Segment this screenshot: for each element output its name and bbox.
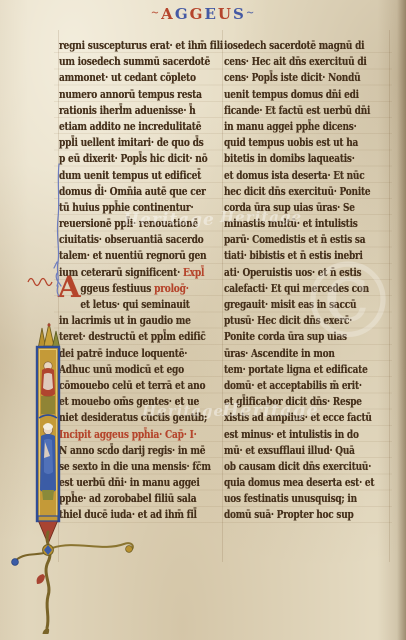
text-line: ium ceterarū significent· Expl̄ (59, 264, 214, 280)
text-line: quia domus mea deserta est· et (224, 474, 388, 490)
column-right: iosedech sacerdotē magnū dicens· Hec ait… (224, 37, 388, 523)
text-line: N anno scd̄o darij regis· in mē (59, 442, 214, 458)
text-line: domū· et acceptabilis m̄ erit· (224, 377, 388, 393)
text-line: uos festinatis unusquisq; in (224, 490, 388, 506)
text-line: ptusū· Hec dicit dn̄s exerc̄· (224, 312, 388, 328)
text-line: xistis ad amplius· et ecce factū (224, 409, 388, 425)
text-line: in lacrimis ut in gaudio me (59, 312, 214, 328)
text-line: ūras· Ascendite in mon (224, 345, 388, 361)
text-line: ammonet· ut cedant cōpleto (59, 69, 214, 85)
text-line: ppl̄i uellent imitari· de quo d̄s (59, 134, 214, 150)
text-line: corda ūra sup uias ūras· Se (224, 199, 388, 215)
column-left: regni suscepturus erat· et ihm̄ filium i… (59, 37, 214, 523)
text-line: dum uenit tempus ut edificet̄ (59, 167, 214, 183)
text-line: etiam addito ne incredulitatē (59, 118, 214, 134)
text-line: ggeus festiuus proloḡ· (59, 280, 214, 296)
initial-tail-flourish (10, 530, 142, 634)
text-line: et mouebo om̄s gentes· et ue (59, 393, 214, 409)
text-line: cens· Hec ait dn̄s exercituū di (224, 53, 388, 69)
title-letter: G (190, 6, 204, 22)
text-line: um iosedech summū sacerdotē (59, 53, 214, 69)
text-line: niet desideratus cūctis gentib; (59, 409, 214, 425)
title-letter: ~ (246, 6, 255, 22)
text-line: tiati· bibistis et n̄ estis inebri (224, 247, 388, 263)
title-letter: S (233, 6, 245, 22)
text-line: est minus· et intulistis in do (224, 426, 388, 442)
text-line: calefacti· Et qui mercedes con (224, 280, 388, 296)
text-line: Adhuc unū modicū et ego (59, 361, 214, 377)
text-line: cens· Popl̄s iste dicit· Nondū (224, 69, 388, 85)
text-line: domū suā· Propter hoc sup (224, 506, 388, 522)
text-line: tū huius pph̄ie continentur· (59, 199, 214, 215)
text-line: ob causam dicit dn̄s exercituū· (224, 458, 388, 474)
manuscript-page: ~AGGEUS~ regni suscepturus erat· et ihm̄… (0, 0, 406, 640)
historiated-initial (32, 322, 64, 552)
text-line: uenit tempus domus dn̄i edi (224, 86, 388, 102)
text-line: bitetis in domibs laqueatis· (224, 150, 388, 166)
text-line: tem· portate ligna et edificate (224, 361, 388, 377)
ruling-vertical-right (389, 30, 390, 562)
text-line: thiel ducē iuda· et ad ihm̄ fil̄ (59, 506, 214, 522)
text-line: ati· Operuistis uos· et n̄ estis (224, 264, 388, 280)
text-line: p eū dixerit· Popl̄s hic dicit· nō (59, 150, 214, 166)
text-line: rationis iherl̄m aduenisse· h̄ (59, 102, 214, 118)
page-edge-shadow (397, 0, 406, 640)
text-line: Incipit aggeus pph̄ia· Cap̄· I· (59, 426, 214, 442)
text-line: ficande· Et factū est uerbū dn̄i (224, 102, 388, 118)
title-letter: E (204, 6, 216, 22)
text-line: pph̄e· ad zorobabel filiū sala (59, 490, 214, 506)
text-line: reuersionē ppl̄i· renouationē (59, 215, 214, 231)
text-line: in manu aggei pph̄e dicens· (224, 118, 388, 134)
text-line: regni suscepturus erat· et ihm̄ fili (59, 37, 214, 53)
ruling-vertical-middle (222, 30, 223, 562)
text-line: et letus· qui seminauit (59, 296, 214, 312)
running-title: ~AGGEUS~ (0, 6, 406, 22)
text-line: domus d̄i· Omn̄ia autē que cer (59, 183, 214, 199)
text-line: Ponite corda ūra sup uias (224, 328, 388, 344)
text-line: gregauit· misit eas in saccū (224, 296, 388, 312)
title-letter: U (218, 6, 232, 22)
text-line: numero annorū tempus resta (59, 86, 214, 102)
text-line: se sexto in die una mensis· fc̄m (59, 458, 214, 474)
text-line: quid tempus uobis est ut ha (224, 134, 388, 150)
title-letter: ~ (151, 6, 160, 22)
text-line: dei patrē induce loquentē· (59, 345, 214, 361)
text-line: talem· et nuentiū regnorū gen (59, 247, 214, 263)
text-line: est uerbū dn̄i· in manu aggei (59, 474, 214, 490)
text-line: cōmouebo celū et terrā et ano (59, 377, 214, 393)
text-line: ciuitatis· obseruantiā sacerdo (59, 231, 214, 247)
text-line: et gl̄ificabor dicit dn̄s· Respe (224, 393, 388, 409)
title-letter: A (161, 6, 174, 22)
text-line: teret· destructū et ppl̄m edific̄ (59, 328, 214, 344)
text-line: minastis multū· et intulistis (224, 215, 388, 231)
title-letter: G (175, 6, 189, 22)
text-line: et domus ista deserta· Et nūc (224, 167, 388, 183)
text-line: iosedech sacerdotē magnū di (224, 37, 388, 53)
text-line: mū· et exsufflaui illud· Quā (224, 442, 388, 458)
text-line: hec dicit dn̄s exercituū· Ponite (224, 183, 388, 199)
text-line: parū· Comedistis et n̄ estis sa (224, 231, 388, 247)
margin-squiggle-icon (27, 275, 57, 287)
